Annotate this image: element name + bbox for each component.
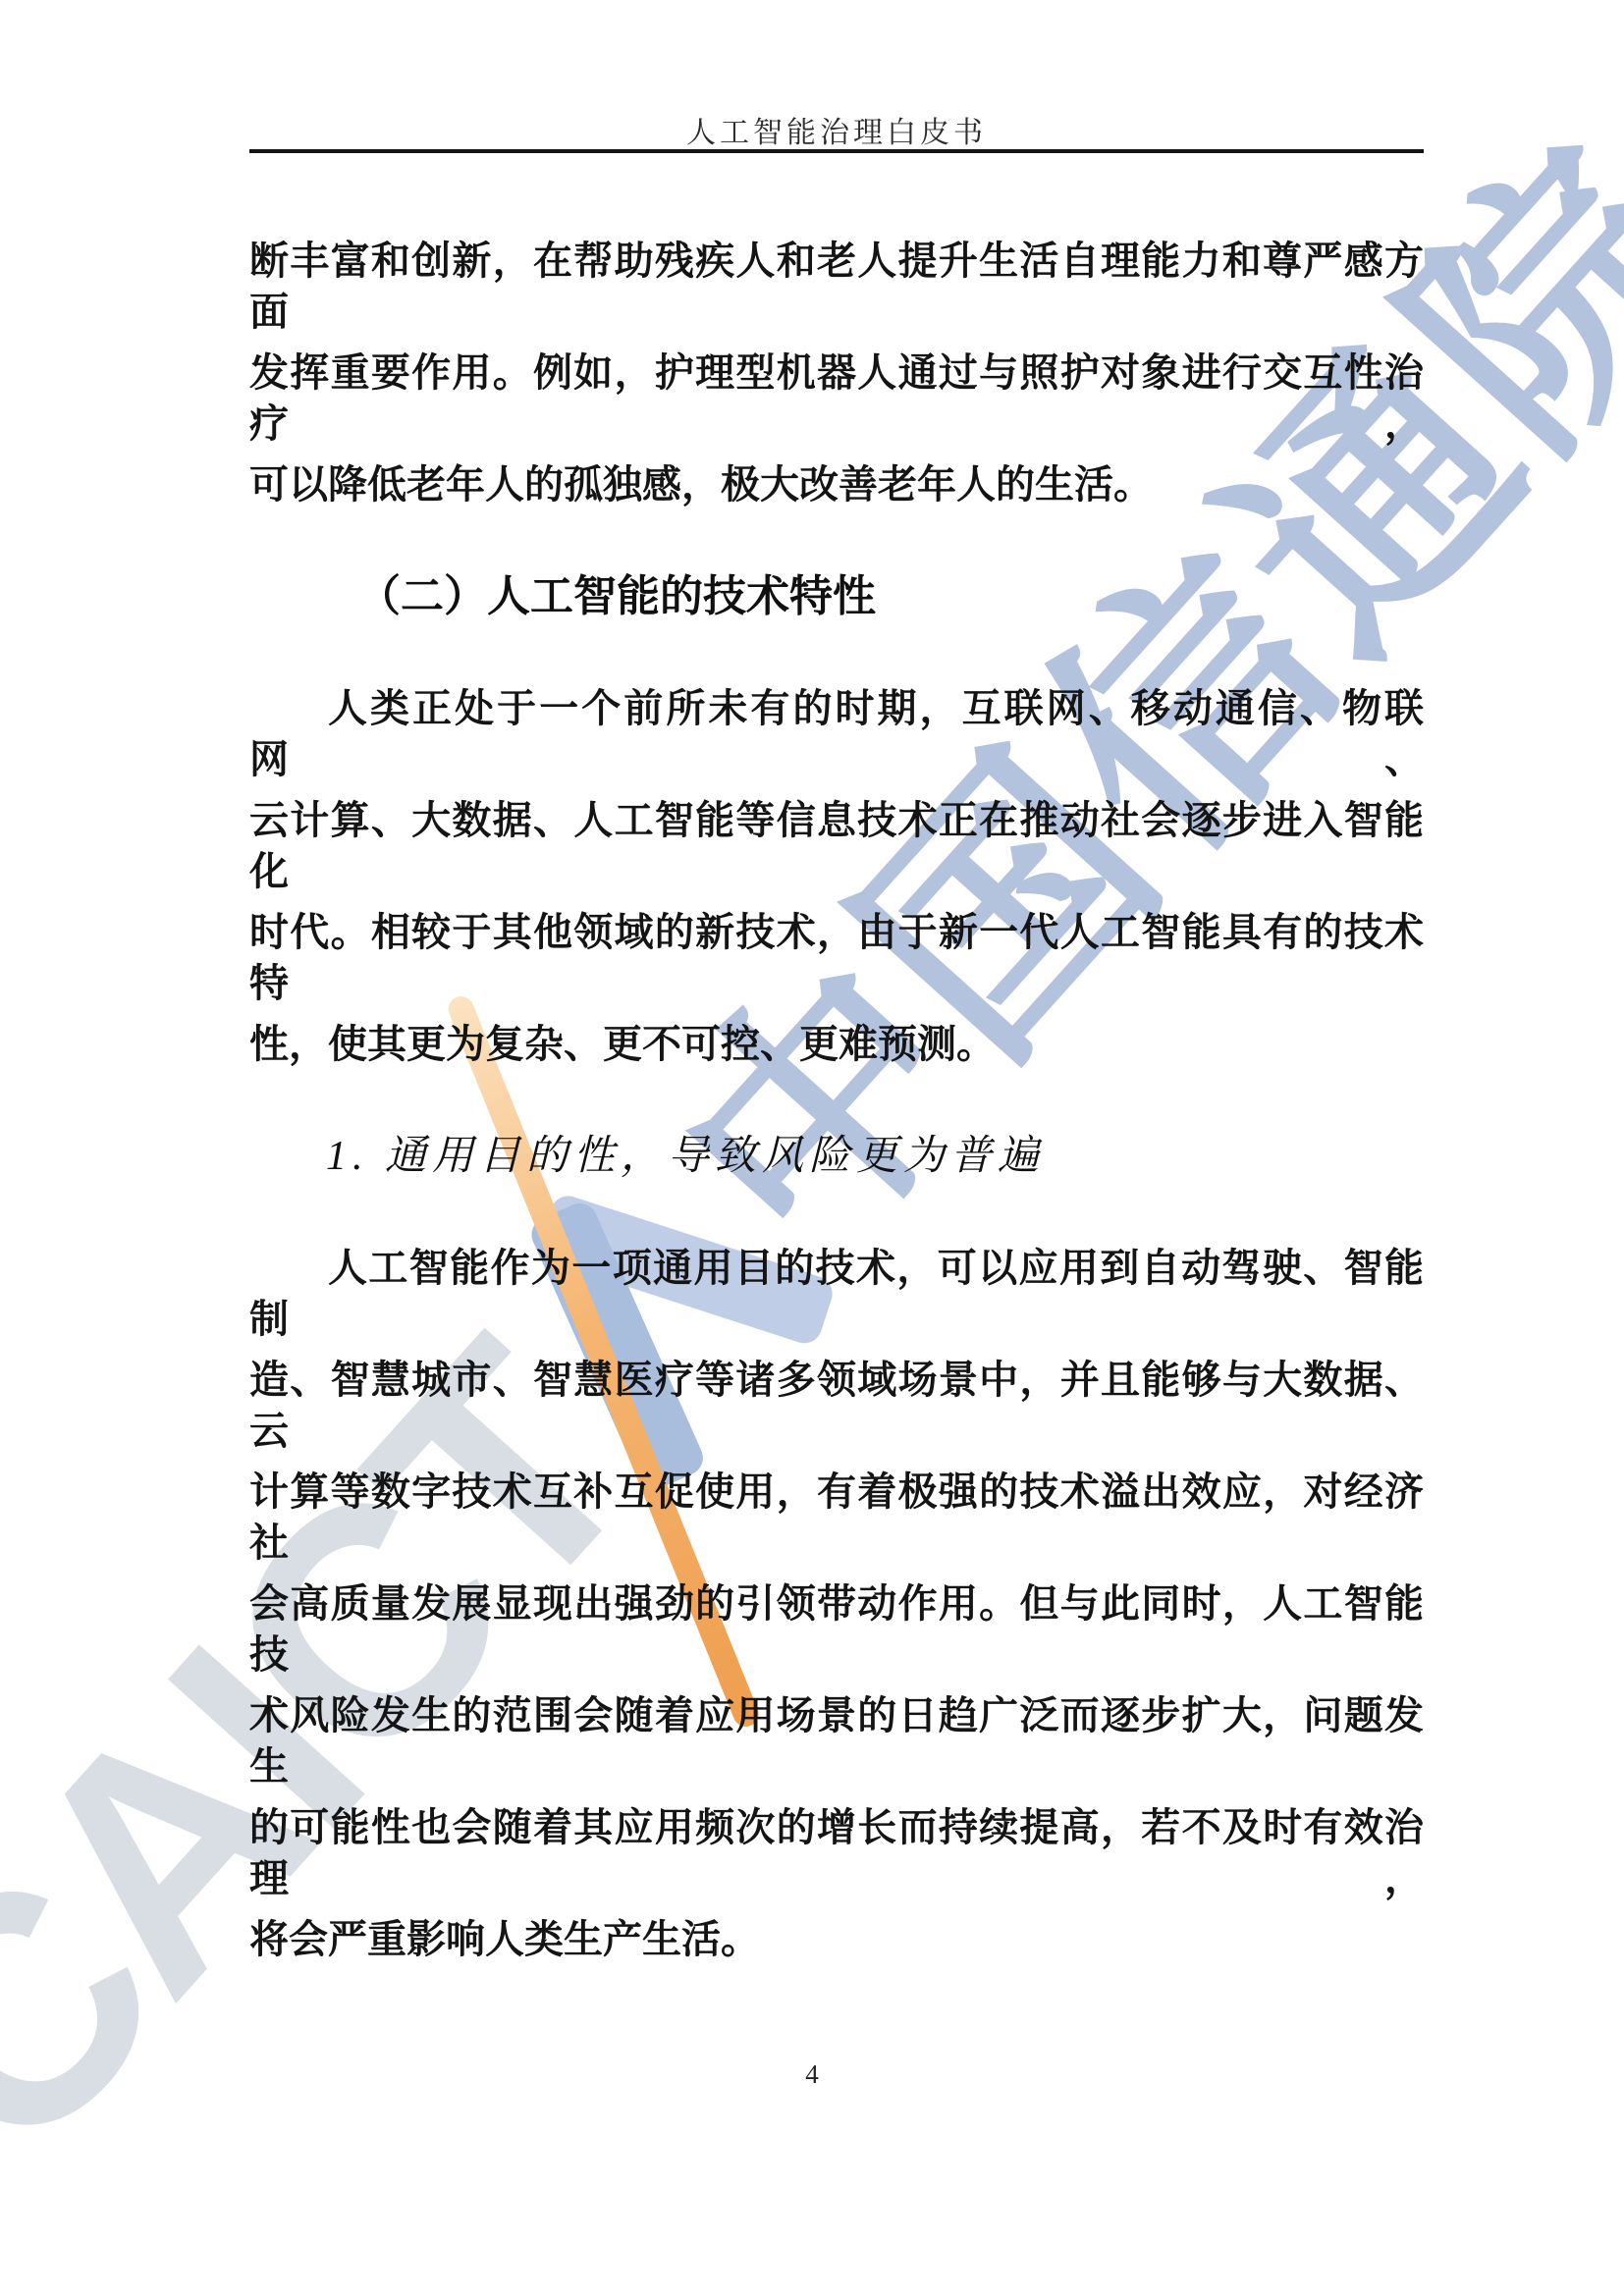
document-page: CAICT 中国信通院 人工智能治理白皮书 断丰富和创新，在帮助残疾人和老人提升… xyxy=(0,0,1624,2296)
body-line: 将会严重影响人类生产生活。 xyxy=(249,1914,1424,2026)
body-line: 性，使其更为复杂、更不可控、更难预测。 xyxy=(249,1019,1424,1131)
body-line: 断丰富和创新，在帮助残疾人和老人提升生活自理能力和尊严感方面 xyxy=(249,236,1424,347)
body-line: 可以降低老年人的孤独感，极大改善老年人的生活。 xyxy=(249,459,1424,571)
body-line: 术风险发生的范围会随着应用场景的日趋广泛而逐步扩大，问题发生 xyxy=(249,1690,1424,1802)
document-body: 断丰富和创新，在帮助残疾人和老人提升生活自理能力和尊严感方面 发挥重要作用。例如… xyxy=(249,236,1424,2026)
body-line: 时代。相较于其他领域的新技术，由于新一代人工智能具有的技术特 xyxy=(249,907,1424,1019)
page-number: 4 xyxy=(0,2059,1624,2090)
body-line: 发挥重要作用。例如，护理型机器人通过与照护对象进行交互性治疗， xyxy=(249,347,1424,459)
body-line: 造、智慧城市、智慧医疗等诸多领域场景中，并且能够与大数据、云 xyxy=(249,1355,1424,1467)
body-line: 的可能性也会随着其应用频次的增长而持续提高，若不及时有效治理， xyxy=(249,1802,1424,1914)
body-line: 人类正处于一个前所未有的时期，互联网、移动通信、物联网、 xyxy=(249,683,1424,795)
body-line: 人工智能作为一项通用目的技术，可以应用到自动驾驶、智能制 xyxy=(249,1243,1424,1355)
subsection-heading: 1. 通用目的性，导致风险更为普遍 xyxy=(249,1131,1424,1243)
header-title: 人工智能治理白皮书 xyxy=(249,108,1424,151)
body-line: 云计算、大数据、人工智能等信息技术正在推动社会逐步进入智能化 xyxy=(249,795,1424,907)
section-heading: （二）人工智能的技术特性 xyxy=(249,571,1424,683)
header-rule xyxy=(249,149,1424,153)
body-line: 计算等数字技术互补互促使用，有着极强的技术溢出效应，对经济社 xyxy=(249,1467,1424,1578)
body-line: 会高质量发展显现出强劲的引领带动作用。但与此同时，人工智能技 xyxy=(249,1578,1424,1690)
